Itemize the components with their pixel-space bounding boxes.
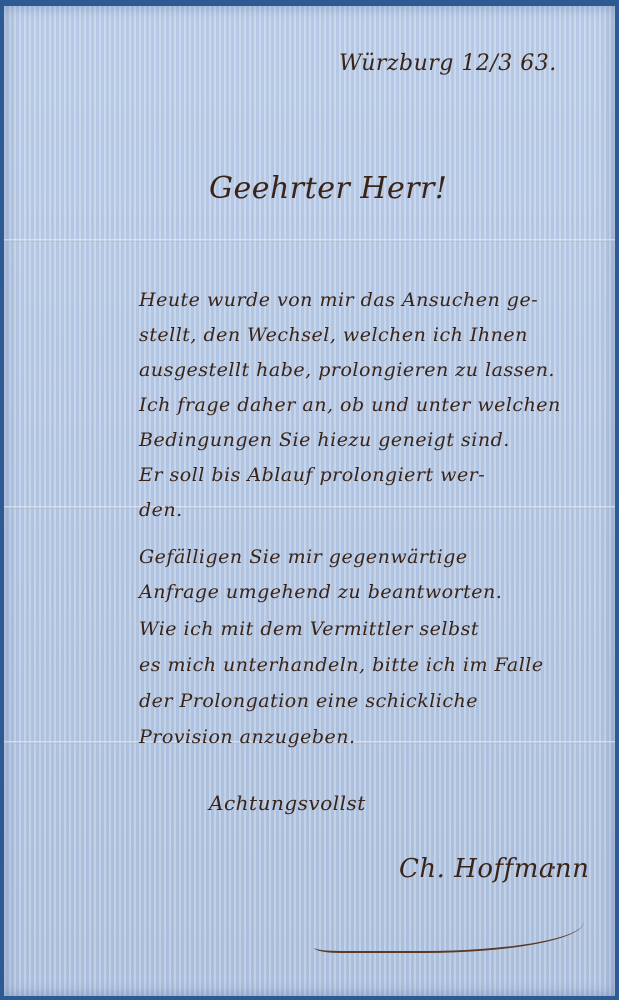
body-line: Heute wurde von mir das Ansuchen ge-	[139, 289, 538, 311]
letter-paper: Würzburg 12/3 63. Geehrter Herr! Heute w…	[4, 6, 615, 996]
body-line: Gefälligen Sie mir gegenwärtige	[139, 546, 468, 568]
body-line: stellt, den Wechsel, welchen ich Ihnen	[139, 324, 528, 346]
body-line: den.	[139, 499, 183, 521]
body-line: Provision anzugeben.	[139, 726, 356, 748]
fold-line	[4, 239, 615, 242]
signature: Ch. Hoffmann	[399, 854, 589, 884]
body-line: Er soll bis Ablauf prolongiert wer-	[139, 464, 485, 486]
salutation: Geehrter Herr!	[209, 171, 447, 206]
place-date: Würzburg 12/3 63.	[339, 51, 557, 76]
body-line: der Prolongation eine schickliche	[139, 690, 478, 712]
closing: Achtungsvollst	[209, 791, 366, 815]
body-line: Wie ich mit dem Vermittler selbst	[139, 618, 479, 640]
signature-flourish	[314, 901, 584, 953]
fold-line	[4, 506, 615, 509]
body-line: es mich unterhandeln, bitte ich im Falle	[139, 654, 544, 676]
ink-speck	[552, 866, 555, 869]
body-line: Anfrage umgehend zu beantworten.	[139, 581, 502, 603]
body-line: Bedingungen Sie hiezu geneigt sind.	[139, 429, 510, 451]
body-line: ausgestellt habe, prolongieren zu lassen…	[139, 359, 555, 381]
body-line: Ich frage daher an, ob und unter welchen	[139, 394, 561, 416]
